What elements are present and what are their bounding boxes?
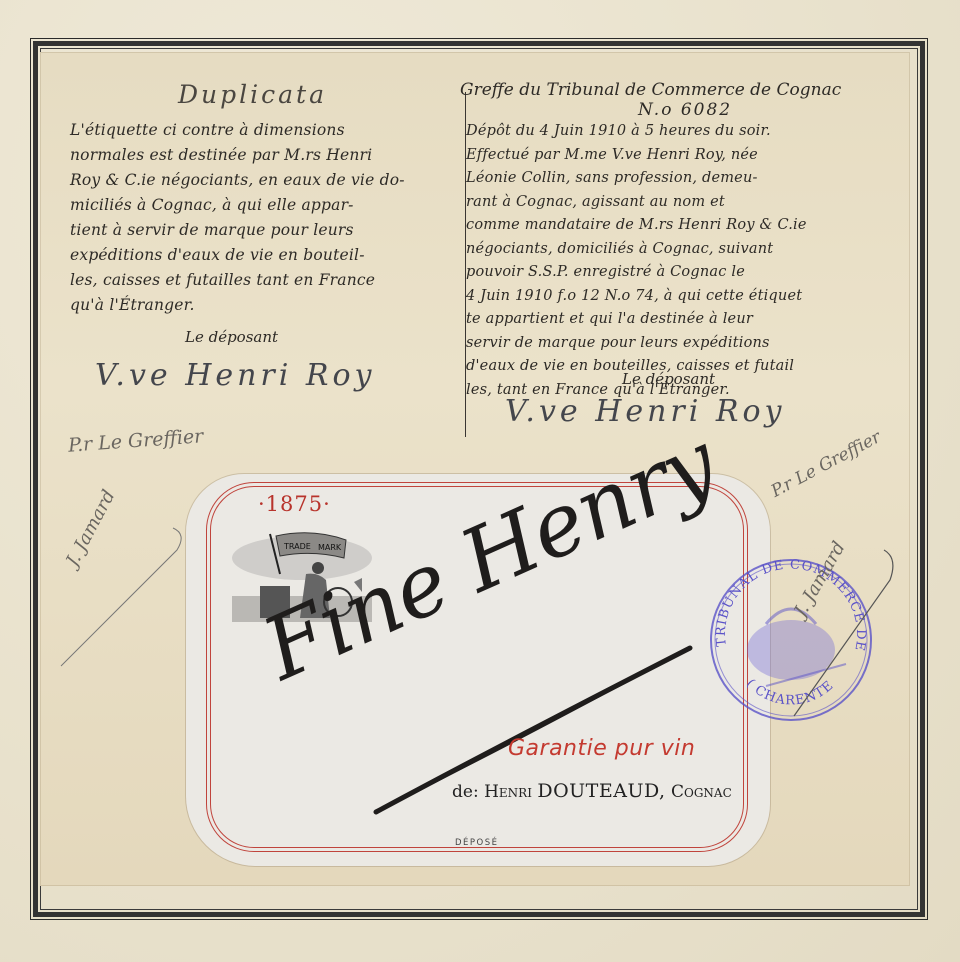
right-line: te appartient et qui l'a destinée à leur bbox=[466, 308, 807, 332]
left-line: expéditions d'eaux de vie en bouteil- bbox=[70, 243, 405, 268]
left-signature: V.ve Henri Roy bbox=[95, 358, 376, 393]
label-maker: de: Henri DOUTEAUD, Cognac bbox=[452, 780, 732, 802]
right-line: Dépôt du 4 Juin 1910 à 5 heures du soir. bbox=[466, 120, 807, 144]
svg-text:TRADE: TRADE bbox=[283, 542, 311, 551]
right-line: Effectué par M.me V.ve Henri Roy, née bbox=[466, 144, 807, 168]
left-line: tient à servir de marque pour leurs bbox=[70, 218, 405, 243]
left-line: qu'à l'Étranger. bbox=[70, 293, 405, 318]
right-line: comme mandataire de M.rs Henri Roy & C.i… bbox=[466, 214, 807, 238]
left-line: normales est destinée par M.rs Henri bbox=[70, 143, 405, 168]
left-line: miciliés à Cognac, à qui elle appar- bbox=[70, 193, 405, 218]
right-line: 4 Juin 1910 f.o 12 N.o 74, à qui cette é… bbox=[466, 285, 807, 309]
right-signer-label: Le déposant bbox=[622, 370, 715, 388]
right-line: rant à Cognac, agissant au nom et bbox=[466, 191, 807, 215]
greffe-heading: Greffe du Tribunal de Commerce de Cognac bbox=[460, 80, 841, 100]
left-signer-label: Le déposant bbox=[185, 328, 278, 346]
right-line: Léonie Collin, sans profession, demeu- bbox=[466, 167, 807, 191]
svg-text:MARK: MARK bbox=[318, 543, 342, 552]
label-year: ·1875· bbox=[258, 492, 331, 516]
registration-number: N.o 6082 bbox=[638, 100, 732, 120]
maker-last-name: DOUTEAUD, bbox=[537, 780, 665, 802]
label-tagline: Garantie pur vin bbox=[508, 736, 695, 761]
right-pencil-flourish bbox=[790, 540, 900, 720]
right-deposit-text: Dépôt du 4 Juin 1910 à 5 heures du soir.… bbox=[466, 120, 807, 402]
left-declaration-text: L'étiquette ci contre à dimensions norma… bbox=[70, 118, 405, 318]
label-footer: DÉPOSÉ bbox=[455, 838, 499, 848]
right-line: négociants, domiciliés à Cognac, suivant bbox=[466, 238, 807, 262]
left-pencil-flourish bbox=[55, 520, 185, 670]
right-line: servir de marque pour leurs expéditions bbox=[466, 332, 807, 356]
left-line: L'étiquette ci contre à dimensions bbox=[70, 118, 405, 143]
duplicata-heading: Duplicata bbox=[178, 80, 327, 109]
right-line: pouvoir S.S.P. enregistré à Cognac le bbox=[466, 261, 807, 285]
left-line: les, caisses et futailles tant en France bbox=[70, 268, 405, 293]
left-line: Roy & C.ie négociants, en eaux de vie do… bbox=[70, 168, 405, 193]
maker-first-name: Henri bbox=[484, 782, 532, 802]
right-signature: V.ve Henri Roy bbox=[505, 394, 786, 429]
maker-prefix: de: bbox=[452, 782, 479, 802]
maker-city: Cognac bbox=[671, 782, 732, 802]
